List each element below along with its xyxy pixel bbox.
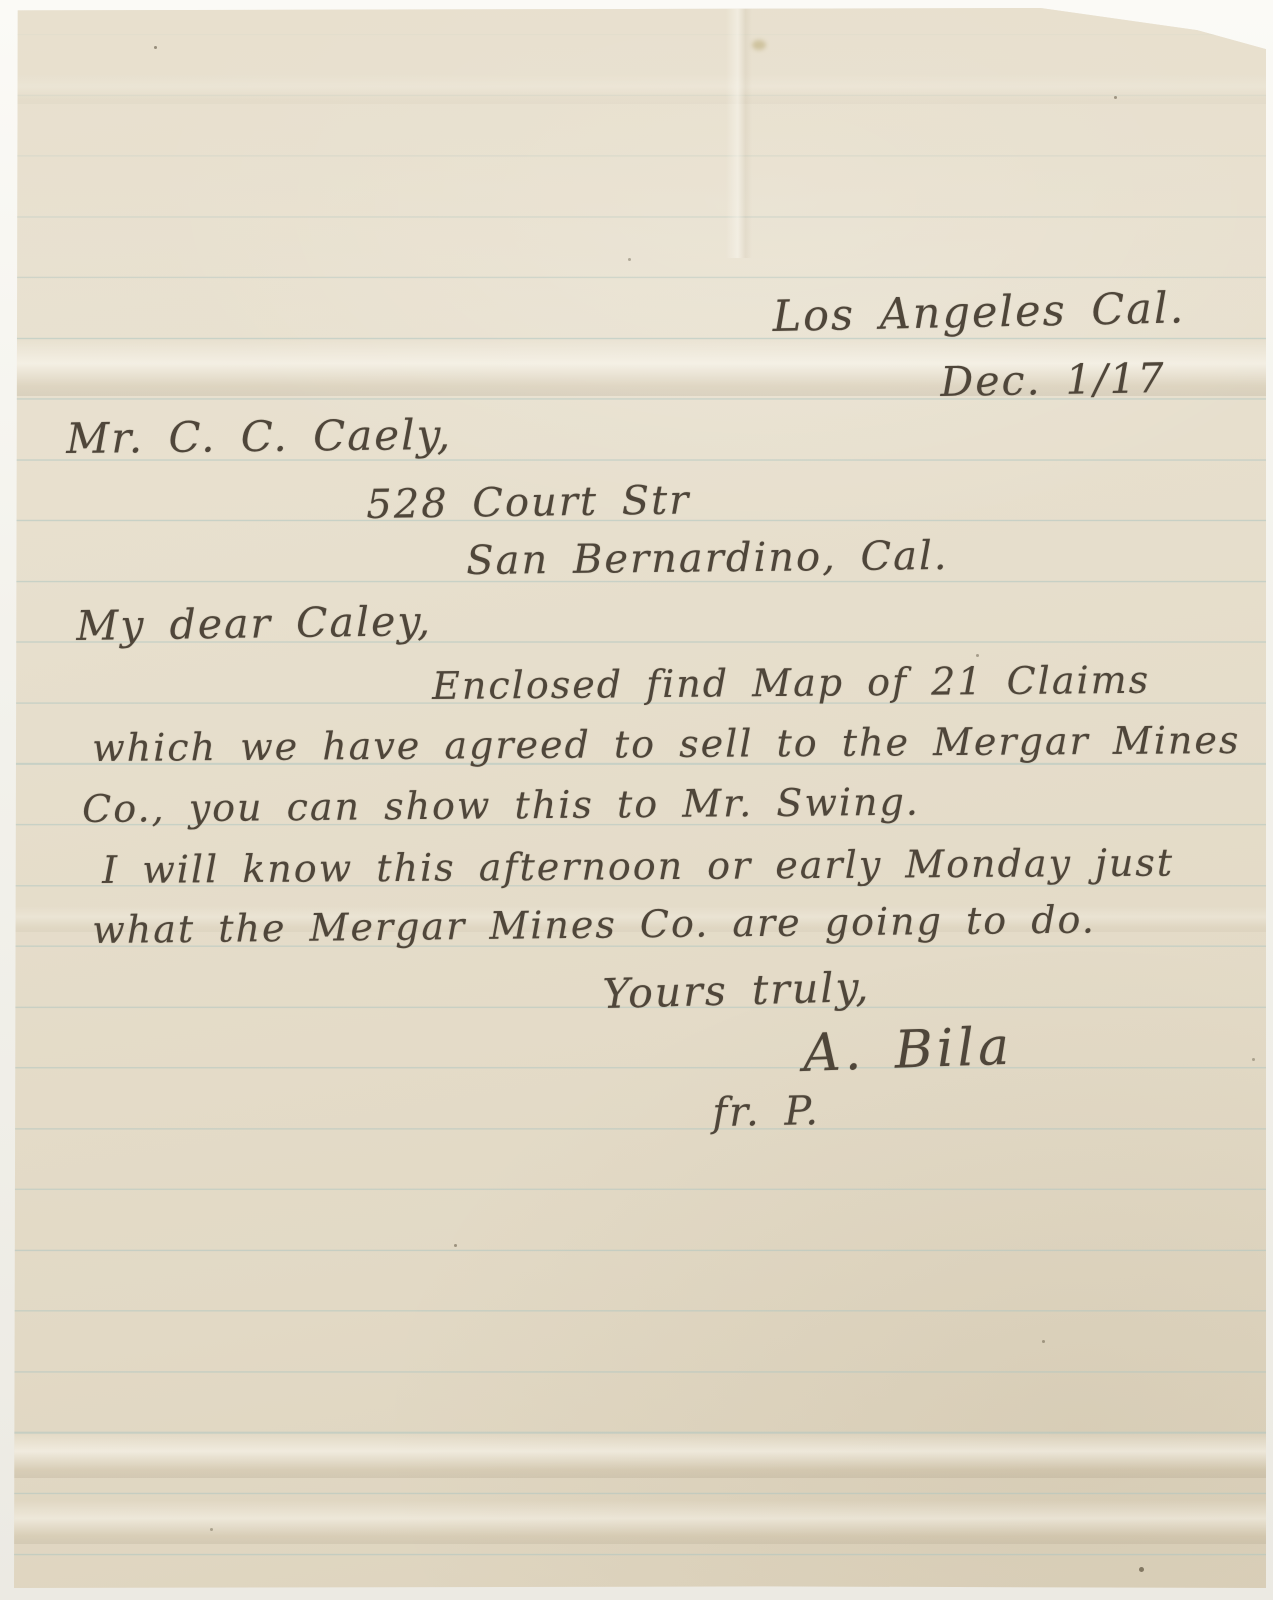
recipient-name-line: Mr. C. C. Caely, xyxy=(66,410,452,463)
letter-paper-sheet: Los Angeles Cal. Dec. 1/17 Mr. C. C. Cae… xyxy=(14,8,1266,1588)
body-line: which we have agreed to sell to the Merg… xyxy=(92,718,1241,770)
fold-crease xyxy=(14,1432,1266,1478)
closing-line: Yours truly, xyxy=(602,963,871,1018)
date-line: Dec. 1/17 xyxy=(940,354,1166,406)
place-line: Los Angeles Cal. xyxy=(772,283,1186,342)
signed-for-note: fr. P. xyxy=(712,1088,820,1136)
body-line: I will know this afternoon or early Mond… xyxy=(102,841,1174,892)
salutation-line: My dear Caley, xyxy=(76,597,432,650)
signature: A. Bila xyxy=(802,1017,1014,1084)
recipient-city-line: San Bernardino, Cal. xyxy=(466,533,949,584)
body-line: Co., you can show this to Mr. Swing. xyxy=(82,780,920,831)
paper-stain xyxy=(752,40,766,50)
dust-specks xyxy=(14,8,17,11)
scanned-letter-page: Los Angeles Cal. Dec. 1/17 Mr. C. C. Cae… xyxy=(0,0,1273,1600)
vertical-crease xyxy=(726,8,752,258)
fold-crease xyxy=(14,74,1266,104)
fold-crease xyxy=(14,1500,1266,1544)
body-line: Enclosed find Map of 21 Claims xyxy=(432,658,1150,708)
recipient-street-line: 528 Court Str xyxy=(366,477,691,528)
